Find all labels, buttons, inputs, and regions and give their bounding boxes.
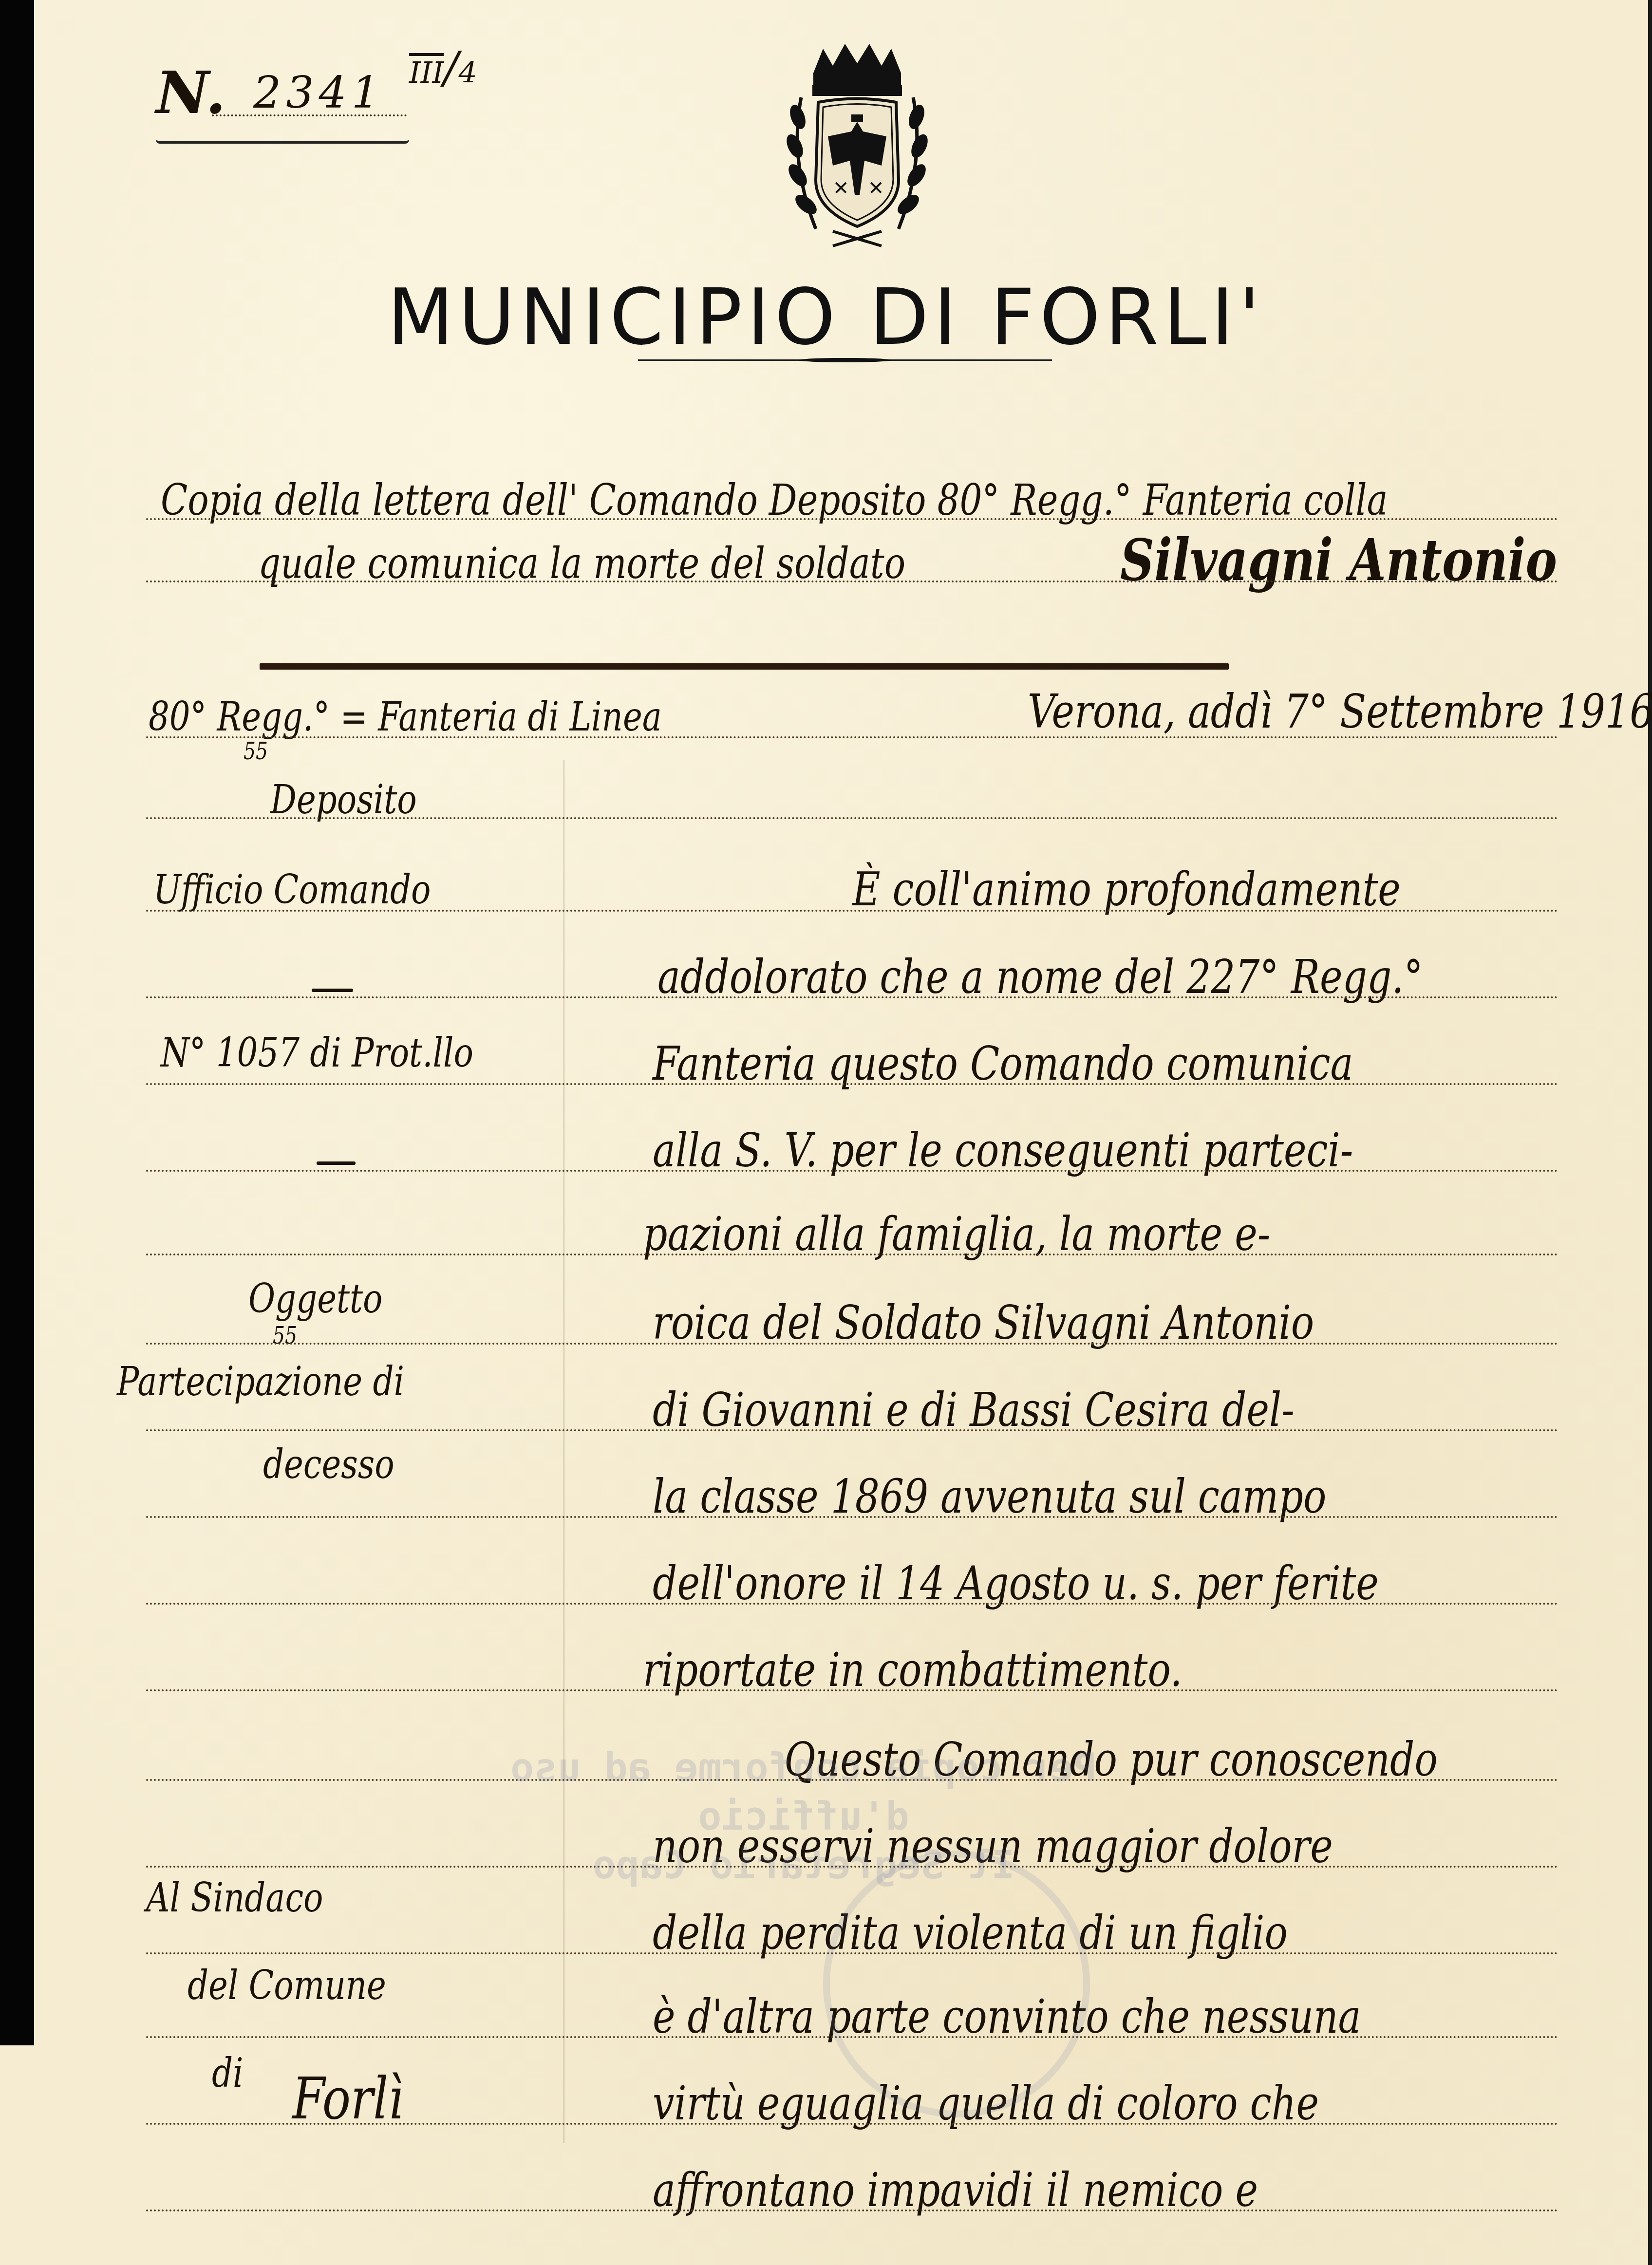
ruled-line	[146, 1083, 1558, 1085]
protocol-value: 2341	[253, 67, 384, 118]
ruled-line	[146, 736, 1558, 738]
svg-text:✕: ✕	[868, 177, 884, 200]
ruled-line	[146, 817, 1558, 819]
fraction-bottom: 4	[458, 56, 477, 90]
ruled-line	[146, 996, 1558, 998]
stamp-line-1: Per copia conforme ad uso d'ufficio	[487, 1743, 1120, 1841]
ruled-line	[146, 580, 1558, 582]
oggetto-line-1: Partecipazione di	[117, 1359, 404, 1405]
page-title: MUNICIPIO DI FORLI'	[0, 273, 1652, 362]
left-dash	[312, 989, 353, 992]
sender-mark: 55	[244, 738, 268, 765]
body-line: roica del Soldato Silvagni Antonio	[653, 1295, 1314, 1350]
ruled-line	[146, 1429, 1558, 1431]
fraction-slash: /	[444, 42, 458, 94]
place-date: Verona, addì 7° Settembre 1916	[1028, 684, 1652, 739]
ruled-line	[146, 2123, 1558, 2125]
section-divider	[260, 663, 1229, 670]
oggetto-line-2: decesso	[263, 1441, 394, 1488]
ruled-line	[146, 1689, 1558, 1691]
oggetto-mark: 55	[273, 1322, 297, 1349]
recipient-city: Forlì	[292, 2065, 403, 2132]
bleed-through-stamp: Per copia conforme ad uso d'ufficio Il S…	[487, 1743, 1120, 1851]
protocol-fraction: III/4	[409, 54, 477, 88]
ruled-line	[146, 1603, 1558, 1605]
protocol-reference: N° 1057 di Prot.llo	[161, 1030, 473, 1076]
protocol-prefix: N.	[156, 58, 226, 127]
ruled-line	[146, 1254, 1558, 1255]
ruled-line	[146, 2209, 1558, 2211]
stamp-seal-icon	[823, 1851, 1090, 2117]
coat-of-arms-icon: ✕ ✕	[760, 39, 955, 248]
protocol-dotted-line	[212, 114, 407, 116]
title-ornament-rule	[638, 358, 1052, 362]
oggetto-label: Oggetto	[248, 1276, 383, 1322]
protocol-number: N. 2341 III/4	[156, 54, 429, 131]
deposito-label: Deposito	[270, 777, 417, 823]
recipient-line-2: del Comune	[188, 1963, 386, 2009]
sender-regiment: 80° Regg.° = Fanteria di Linea	[149, 694, 662, 740]
ruled-line	[146, 910, 1558, 912]
ruled-line	[146, 1516, 1558, 1518]
recipient-line-3: di	[212, 2050, 244, 2097]
left-dash	[317, 1161, 356, 1165]
ruled-line	[146, 1343, 1558, 1345]
fraction-top: III	[409, 56, 444, 90]
recipient-line-1: Al Sindaco	[146, 1875, 323, 1921]
column-divider	[563, 760, 564, 2143]
body-line: È coll'animo profondamente	[852, 862, 1401, 917]
subtitle-line-1: Copia della lettera dell' Comando Deposi…	[161, 475, 1388, 525]
ruled-line	[146, 518, 1558, 520]
ufficio-label: Ufficio Comando	[153, 867, 431, 913]
protocol-brace	[156, 134, 409, 144]
svg-text:✕: ✕	[833, 177, 849, 200]
soldier-name: Silvagni Antonio	[1120, 526, 1557, 594]
ruled-line	[146, 1170, 1558, 1172]
